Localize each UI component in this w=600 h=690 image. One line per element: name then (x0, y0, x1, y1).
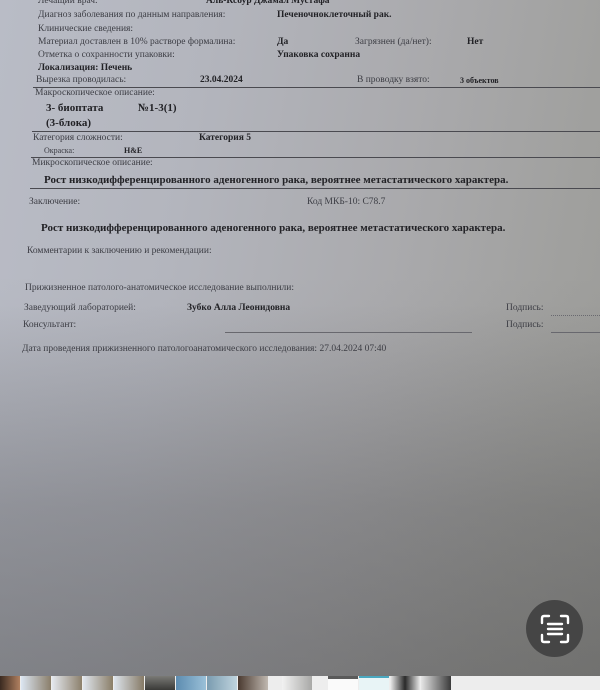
thumbnail[interactable] (282, 676, 312, 690)
cutting-date: 23.04.2024 (200, 75, 243, 85)
macro-label: Макроскопическое описание: (35, 88, 155, 98)
thumbnail[interactable] (390, 676, 420, 690)
consultant-label: Консультант: (23, 320, 76, 330)
head-lab-label: Заведующий лабораторией: (24, 303, 136, 313)
consultant-line (225, 332, 472, 333)
gallery-filmstrip[interactable] (0, 676, 600, 690)
stain-label: Окраска: (44, 146, 74, 155)
thumbnail[interactable] (421, 676, 451, 690)
diagnosis-label: Диагноз заболевания по данным направлени… (38, 10, 225, 20)
thumbnail-gap (313, 676, 327, 690)
conclusion-label: Заключение: (29, 197, 80, 207)
thumbnail[interactable] (238, 676, 268, 690)
text-scan-button[interactable] (526, 600, 583, 657)
conclusion-text: Рост низкодифференцированного аденогенно… (41, 222, 505, 234)
thumbnail[interactable] (207, 676, 237, 690)
text-scan-icon (538, 612, 572, 646)
thumbnail[interactable] (0, 676, 20, 690)
micro-text: Рост низкодифференцированного аденогенно… (44, 174, 508, 186)
macro-line1-a: 3- биоптата (46, 102, 103, 114)
package-label: Отметка о сохранности упаковки: (38, 50, 175, 60)
contaminated-label: Загрязнен (да/нет): (355, 37, 432, 47)
signature-line (551, 315, 600, 316)
thumbnail[interactable] (176, 676, 206, 690)
clinical-label: Клинические сведения: (38, 24, 133, 34)
taken-value: 3 объектов (460, 76, 499, 85)
micro-label: Микроскопическое описание: (32, 158, 153, 168)
stain-value: H&E (124, 146, 142, 155)
diagnosis-value: Печеночноклеточный рак. (277, 10, 392, 20)
head-lab-value: Зубко Алла Леонидовна (187, 303, 290, 313)
complexity-label: Категория сложности: (33, 133, 123, 143)
thumbnail[interactable] (21, 676, 51, 690)
thumbnail[interactable] (359, 676, 389, 690)
thumbnail[interactable] (145, 676, 175, 690)
taken-label: В проводку взято: (357, 75, 430, 85)
thumbnail[interactable] (114, 676, 144, 690)
contaminated-value: Нет (467, 37, 483, 47)
signature-label: Подпись: (506, 303, 544, 313)
doctor-value: Аль-Ксоур Джамал Мустафа (206, 0, 330, 6)
icd-code: Код МКБ-10: С78.7 (307, 197, 385, 207)
thumbnail[interactable] (83, 676, 113, 690)
macro-line2: (3-блока) (46, 117, 91, 129)
package-value: Упаковка сохранна (277, 50, 360, 60)
divider (32, 131, 600, 132)
doctor-label: Лечащий врач: (38, 0, 98, 6)
document-photo: Лечащий врач: Аль-Ксоур Джамал Мустафа Д… (0, 0, 600, 676)
cutting-label: Вырезка проводилась: (36, 75, 126, 85)
date-line: Дата проведения прижизненного патологоан… (22, 344, 386, 354)
divider (30, 188, 600, 189)
macro-line1-b: №1-3(1) (138, 102, 177, 114)
localization: Локализация: Печень (38, 63, 132, 73)
signature-line-2 (551, 332, 600, 333)
signature-label-2: Подпись: (506, 320, 544, 330)
performed-label: Прижизненное патолого-анатомическое иссл… (25, 283, 294, 293)
material-value: Да (277, 37, 288, 47)
thumbnail[interactable] (52, 676, 82, 690)
material-label: Материал доставлен в 10% растворе формал… (38, 37, 235, 47)
comments-label: Комментарии к заключению и рекомендации: (27, 246, 212, 256)
complexity-value: Категория 5 (199, 133, 251, 143)
thumbnail[interactable] (328, 676, 358, 690)
thumbnail-gap (269, 676, 281, 690)
